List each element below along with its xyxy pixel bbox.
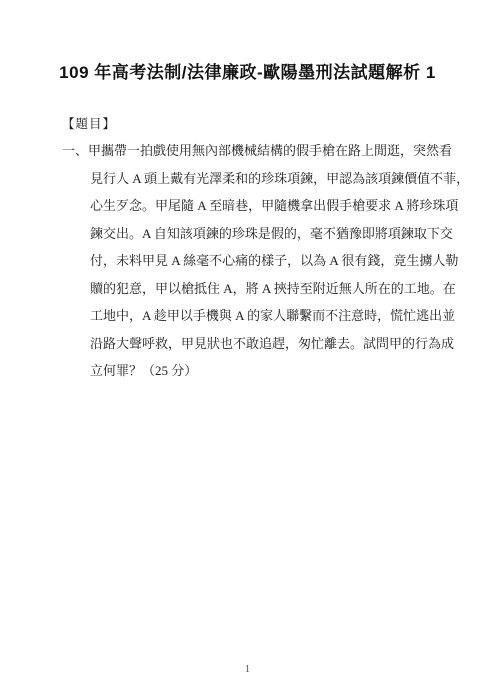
question-line: 沿路大聲呼救，甲見狀也不敢追趕，匆忙離去。試問甲的行為成 (90, 330, 434, 358)
question-line: 心生歹念。甲尾隨 A 至暗巷，甲隨機拿出假手槍要求 A 將珍珠項 (90, 192, 434, 220)
question-line: 付，未料甲見 A 絲毫不心痛的樣子，以為 A 很有錢，竟生擄人勒 (90, 247, 434, 275)
question-line: 贖的犯意，甲以槍抵住 A，將 A 挾持至附近無人所在的工地。在 (90, 275, 434, 303)
question-line: 見行人 A 頭上戴有光澤柔和的珍珠項鍊，甲認為該項鍊價值不菲， (90, 165, 434, 193)
page-number: 1 (0, 664, 495, 675)
question-line: 工地中，A 趁甲以手機與 A 的家人聯繫而不注意時，慌忙逃出並 (90, 302, 434, 330)
question-line: 一、甲攜帶一拍戲使用無內部機械結構的假手槍在路上閒逛，突然看 (62, 137, 434, 165)
question-line: 鍊交出。A 自知該項鍊的珍珠是假的，毫不猶豫即將項鍊取下交 (90, 220, 434, 248)
question-text-block: 一、甲攜帶一拍戲使用無內部機械結構的假手槍在路上閒逛，突然看 見行人 A 頭上戴… (90, 137, 434, 385)
question-line: 立何罪？（25 分） (90, 357, 434, 385)
document-title: 109 年高考法制/法律廉政-歐陽墨刑法試題解析 1 (0, 58, 495, 83)
document-page: 109 年高考法制/法律廉政-歐陽墨刑法試題解析 1 【題目】 一、甲攜帶一拍戲… (0, 0, 495, 700)
section-label-question: 【題目】 (62, 114, 116, 132)
